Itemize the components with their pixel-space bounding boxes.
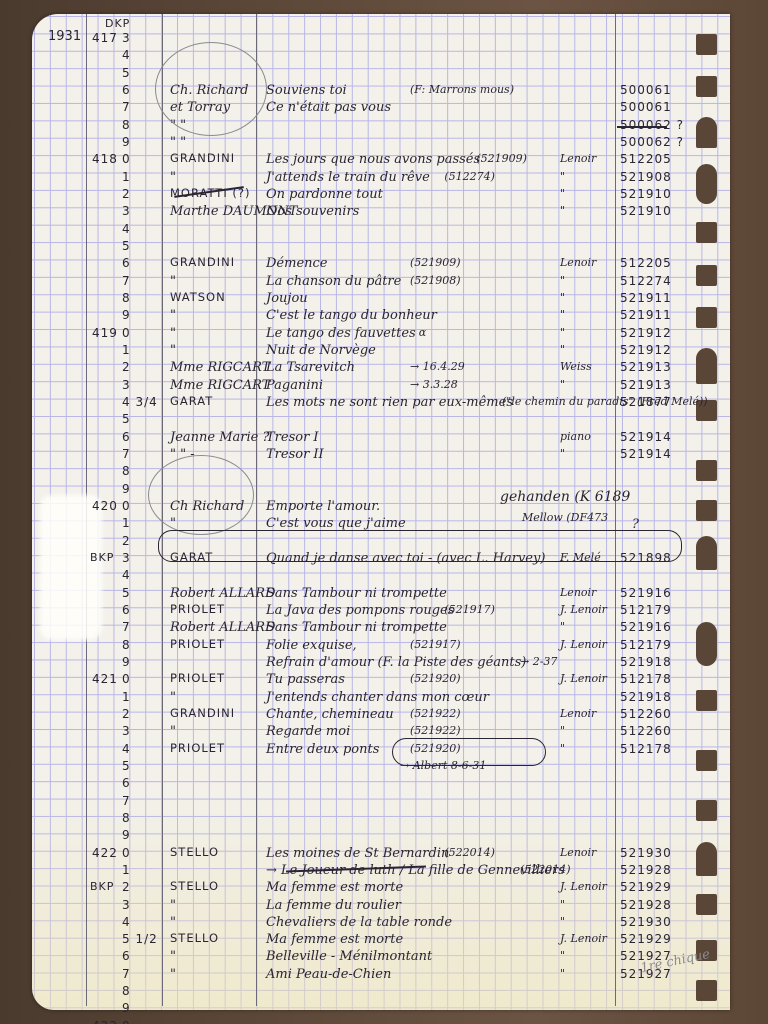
matrix-number: 512178 [620, 743, 672, 755]
label-name: " [560, 188, 565, 199]
entry-number: 6 [122, 84, 131, 96]
artist-name: PRIOLET [170, 673, 225, 685]
matrix-number: 521911 [620, 292, 672, 304]
label-name: Lenoir [560, 257, 596, 268]
label-name: " [560, 344, 565, 355]
annotation: (521922) [410, 725, 461, 736]
matrix-number: 500061 [620, 101, 672, 113]
entry-number: 4 [122, 223, 131, 235]
label-name: piano [560, 431, 591, 442]
entry-number: 2 [122, 361, 131, 373]
song-title: Démence [266, 257, 327, 270]
column-rule [256, 14, 257, 1006]
annotation: α [419, 327, 426, 338]
binder-hole [696, 265, 717, 286]
song-title: Belleville - Ménilmontant [266, 950, 432, 963]
artist-name: GRANDINI [170, 153, 235, 165]
song-title: Nos souvenirs [266, 205, 359, 218]
entry-number: 7 [122, 448, 131, 460]
entry-number: 5 [122, 760, 131, 772]
matrix-number: 512274 [620, 275, 672, 287]
artist-name: " [170, 344, 176, 357]
entry-number: 7 [122, 275, 131, 287]
matrix-number: 521877 [620, 396, 672, 408]
label-name: " [560, 725, 565, 736]
label-name: Lenoir [560, 153, 596, 164]
song-title: Regarde moi [266, 725, 350, 738]
song-title: Souviens toi [266, 84, 347, 97]
matrix-number: 521928 [620, 864, 672, 876]
artist-name: GRANDINI [170, 708, 235, 720]
song-title: Tresor I [266, 431, 319, 444]
song-title: Nuit de Norvège [266, 344, 376, 357]
ink-outline [392, 738, 546, 766]
year-label: 1931 [48, 30, 81, 43]
artist-name: Mme RIGCART [170, 361, 270, 374]
label-name: J. Lenoir [560, 673, 607, 684]
entry-number: 4 [122, 49, 131, 61]
artist-name: " " [170, 136, 186, 149]
strikethrough [617, 126, 667, 128]
song-title: On pardonne tout [266, 188, 383, 201]
annotation: (521922) [410, 708, 461, 719]
matrix-number: 521913 [620, 379, 672, 391]
artist-name: " [170, 171, 176, 184]
matrix-number: 521912 [620, 344, 672, 356]
entry-number: 5 [122, 587, 131, 599]
catalog-header: DKP [105, 18, 130, 29]
binder-hole [696, 348, 717, 384]
entry-number: 9 [122, 309, 131, 321]
entry-number: 0 [122, 847, 131, 859]
artist-name: " [170, 916, 176, 929]
margin-note-mellow: Mellow (DF473 [522, 512, 608, 523]
label-name: Lenoir [560, 708, 596, 719]
entry-number: 8 [122, 985, 131, 997]
artist-name: STELLO [170, 881, 219, 893]
binder-hole [696, 307, 717, 328]
song-title: Refrain d'amour (F. la Piste des géants) [266, 656, 526, 669]
song-title: Tu passeras [266, 673, 345, 686]
binder-hole [696, 622, 717, 666]
entry-number: 8 [122, 812, 131, 824]
matrix-number: 512178 [620, 673, 672, 685]
annotation: → 16.4.29 [410, 361, 465, 372]
entry-number-prefix: 418 [92, 153, 118, 165]
artist-name: Robert ALLARD [170, 621, 275, 634]
binder-hole [696, 842, 717, 876]
matrix-number: 521930 [620, 916, 672, 928]
annotation: (521917) [444, 604, 495, 615]
entry-number: 1 [122, 344, 131, 356]
song-title: Le tango des fauvettes [266, 327, 416, 340]
artist-name: " [170, 275, 176, 288]
entry-number: 4 [122, 916, 131, 928]
entry-number: 8 [122, 292, 131, 304]
label-name: J. Lenoir [560, 639, 607, 650]
matrix-number: 521908 [620, 171, 672, 183]
entry-number: 0 [122, 500, 131, 512]
annotation: (521908) [410, 275, 461, 286]
label-name: " [560, 309, 565, 320]
song-title: Les mots ne sont rien par eux-mêmes [266, 396, 513, 409]
label-name: " [560, 275, 565, 286]
song-title: La Tsarevitch [266, 361, 355, 374]
bkp-marker: BKP [90, 881, 114, 892]
annotation: → 2-37 [520, 656, 557, 667]
entry-number: 6 [122, 257, 131, 269]
matrix-number: 521930 [620, 847, 672, 859]
label-name: " [560, 292, 565, 303]
label-name: " [560, 621, 565, 632]
song-title: Chante, chemineau [266, 708, 394, 721]
binder-hole [696, 980, 717, 1001]
binder-hole [696, 76, 717, 97]
entry-number: 6 [122, 604, 131, 616]
artist-name: " [170, 968, 176, 981]
binder-hole [696, 690, 717, 711]
matrix-number: 500062 ? [620, 119, 684, 131]
entry-number: 7 [122, 968, 131, 980]
artist-name: " [170, 899, 176, 912]
matrix-number: 500062 ? [620, 136, 684, 148]
entry-number: 7 [122, 621, 131, 633]
matrix-number: 521928 [620, 899, 672, 911]
entry-number: 4 3/4 [122, 396, 158, 408]
entry-number: 0 [122, 1020, 131, 1024]
entry-number: 9 [122, 656, 131, 668]
label-name: Lenoir [560, 847, 596, 858]
binder-hole [696, 750, 717, 771]
artist-name: WATSON [170, 292, 226, 304]
entry-number-prefix: 423 [92, 1020, 118, 1024]
entry-number: 7 [122, 795, 131, 807]
label-name: J. Lenoir [560, 604, 607, 615]
song-title: La Java des pompons rouges [266, 604, 454, 617]
entry-number: 3 [122, 552, 131, 564]
matrix-number: 521911 [620, 309, 672, 321]
entry-number: 3 [122, 725, 131, 737]
artist-name: " [170, 950, 176, 963]
song-title: Ami Peau-de-Chien [266, 968, 391, 981]
label-name: " [560, 171, 565, 182]
song-title: La femme du roulier [266, 899, 401, 912]
entry-number: 3 [122, 205, 131, 217]
artist-name: " [170, 725, 176, 738]
annotation: (522014) [520, 864, 571, 875]
artist-name: PRIOLET [170, 639, 225, 651]
bkp-marker: BKP [90, 552, 114, 563]
annotation: (521917) [410, 639, 461, 650]
song-title: Paganini [266, 379, 323, 392]
pencil-circle [155, 42, 267, 136]
entry-number: 8 [122, 119, 131, 131]
song-title: Ma femme est morte [266, 933, 403, 946]
matrix-number: 521918 [620, 691, 672, 703]
song-title: Chevaliers de la table ronde [266, 916, 452, 929]
label-name: " [560, 327, 565, 338]
annotation: → 3.3.28 [410, 379, 458, 390]
matrix-number: 521912 [620, 327, 672, 339]
song-title: Folie exquise, [266, 639, 357, 652]
matrix-number: 521916 [620, 621, 672, 633]
annotation: (512274) [444, 171, 495, 182]
artist-name: Mme RIGCART [170, 379, 270, 392]
song-title: J'entends chanter dans mon cœur [266, 691, 489, 704]
entry-number: 1 [122, 171, 131, 183]
entry-number: 5 [122, 67, 131, 79]
entry-number: 1 [122, 517, 131, 529]
entry-number-prefix: 417 [92, 32, 118, 44]
song-title: Entre deux ponts [266, 743, 379, 756]
annotation: (522014) [444, 847, 495, 858]
binder-hole [696, 460, 717, 481]
annotation: (F: Marrons mous) [410, 84, 514, 95]
entry-number: 0 [122, 673, 131, 685]
artist-name: " [170, 327, 176, 340]
entry-number: 1 [122, 691, 131, 703]
artist-name: Jeanne Marie ? [170, 431, 269, 444]
binder-holes [696, 30, 720, 1010]
matrix-number: 521914 [620, 448, 672, 460]
label-name: " [560, 899, 565, 910]
entry-number: 4 [122, 569, 131, 581]
entry-number: 9 [122, 829, 131, 841]
label-name: Weiss [560, 361, 592, 372]
binder-hole [696, 500, 717, 521]
song-title: C'est le tango du bonheur [266, 309, 437, 322]
label-name: " [560, 205, 565, 216]
matrix-number: 512260 [620, 708, 672, 720]
entry-number: 2 [122, 535, 131, 547]
label-name: " [560, 379, 565, 390]
matrix-number: 500061 [620, 84, 672, 96]
binder-hole [696, 536, 717, 570]
column-rule [615, 14, 616, 1006]
matrix-number: 512179 [620, 604, 672, 616]
song-title: Les jours que nous avons passés [266, 153, 480, 166]
matrix-number: 521929 [620, 933, 672, 945]
artist-name: Robert ALLARD [170, 587, 275, 600]
entry-number-prefix: 420 [92, 500, 118, 512]
label-name: J. Lenoir [560, 933, 607, 944]
binder-hole [696, 800, 717, 821]
entry-number: 2 [122, 881, 131, 893]
song-title: Tresor II [266, 448, 324, 461]
artist-name: PRIOLET [170, 604, 225, 616]
label-name: J. Lenoir [560, 881, 607, 892]
annotation: ("le chemin du paradis" (Fred Melé)) [502, 396, 708, 407]
entry-number: 3 [122, 899, 131, 911]
entry-number: 1 [122, 864, 131, 876]
pencil-circle [148, 455, 254, 535]
entry-number: 5 [122, 240, 131, 252]
matrix-number: 512205 [620, 153, 672, 165]
entry-number: 0 [122, 153, 131, 165]
binder-hole [696, 117, 717, 148]
entry-number-prefix: 421 [92, 673, 118, 685]
artist-name: " [170, 309, 176, 322]
matrix-number: 521916 [620, 587, 672, 599]
entry-number: 6 [122, 777, 131, 789]
entry-number: 2 [122, 188, 131, 200]
entry-number: 0 [122, 327, 131, 339]
entry-number: 5 1/2 [122, 933, 158, 945]
annotation: (521909) [476, 153, 527, 164]
matrix-number: 521910 [620, 188, 672, 200]
song-title: Ce n'était pas vous [266, 101, 391, 114]
matrix-number: 521914 [620, 431, 672, 443]
matrix-number: 512260 [620, 725, 672, 737]
artist-name: GRANDINI [170, 257, 235, 269]
matrix-number: 521910 [620, 205, 672, 217]
artist-name: PRIOLET [170, 743, 225, 755]
song-title: Emporte l'amour. [266, 500, 380, 513]
binder-hole [696, 164, 717, 204]
label-name: " [560, 950, 565, 961]
matrix-number: 521918 [620, 656, 672, 668]
entry-number: 3 [122, 379, 131, 391]
entry-number: 2 [122, 708, 131, 720]
song-title: Joujou [266, 292, 308, 305]
entry-number: 8 [122, 639, 131, 651]
entry-number: 8 [122, 465, 131, 477]
entry-number: 9 [122, 136, 131, 148]
song-title: C'est vous que j'aime [266, 517, 406, 530]
entry-number: 3 [122, 32, 131, 44]
label-name: " [560, 916, 565, 927]
ink-outline [158, 530, 682, 562]
entry-number: 6 [122, 431, 131, 443]
artist-name: STELLO [170, 847, 219, 859]
margin-note-question: ? [632, 518, 639, 531]
artist-name: " [170, 691, 176, 704]
song-title: J'attends le train du rêve [266, 171, 430, 184]
entry-number: 5 [122, 413, 131, 425]
margin-note-gehanden: gehanden (K 6189 [500, 490, 630, 504]
artist-name: GARAT [170, 396, 213, 408]
song-title: La chanson du pâtre [266, 275, 401, 288]
binder-hole [696, 894, 717, 915]
entry-number-prefix: 419 [92, 327, 118, 339]
song-title: Sans Tambour ni trompette [266, 621, 447, 634]
matrix-number: 521929 [620, 881, 672, 893]
entry-number-prefix: 422 [92, 847, 118, 859]
entry-number: 6 [122, 950, 131, 962]
matrix-number: 512205 [620, 257, 672, 269]
correction-fluid-patch [40, 495, 102, 640]
label-name: Lenoir [560, 587, 596, 598]
label-name: " [560, 448, 565, 459]
song-title: Sans Tambour ni trompette [266, 587, 447, 600]
entry-number: 9 [122, 1002, 131, 1014]
annotation: (521920) [410, 673, 461, 684]
label-name: " [560, 743, 565, 754]
entry-number: 9 [122, 483, 131, 495]
binder-hole [696, 34, 717, 55]
artist-name: STELLO [170, 933, 219, 945]
song-title: Les moines de St Bernardin [266, 847, 449, 860]
annotation: (521909) [410, 257, 461, 268]
matrix-number: 521913 [620, 361, 672, 373]
entry-number: 4 [122, 743, 131, 755]
song-title: Ma femme est morte [266, 881, 403, 894]
matrix-number: 512179 [620, 639, 672, 651]
binder-hole [696, 222, 717, 243]
entry-number: 7 [122, 101, 131, 113]
label-name: " [560, 968, 565, 979]
